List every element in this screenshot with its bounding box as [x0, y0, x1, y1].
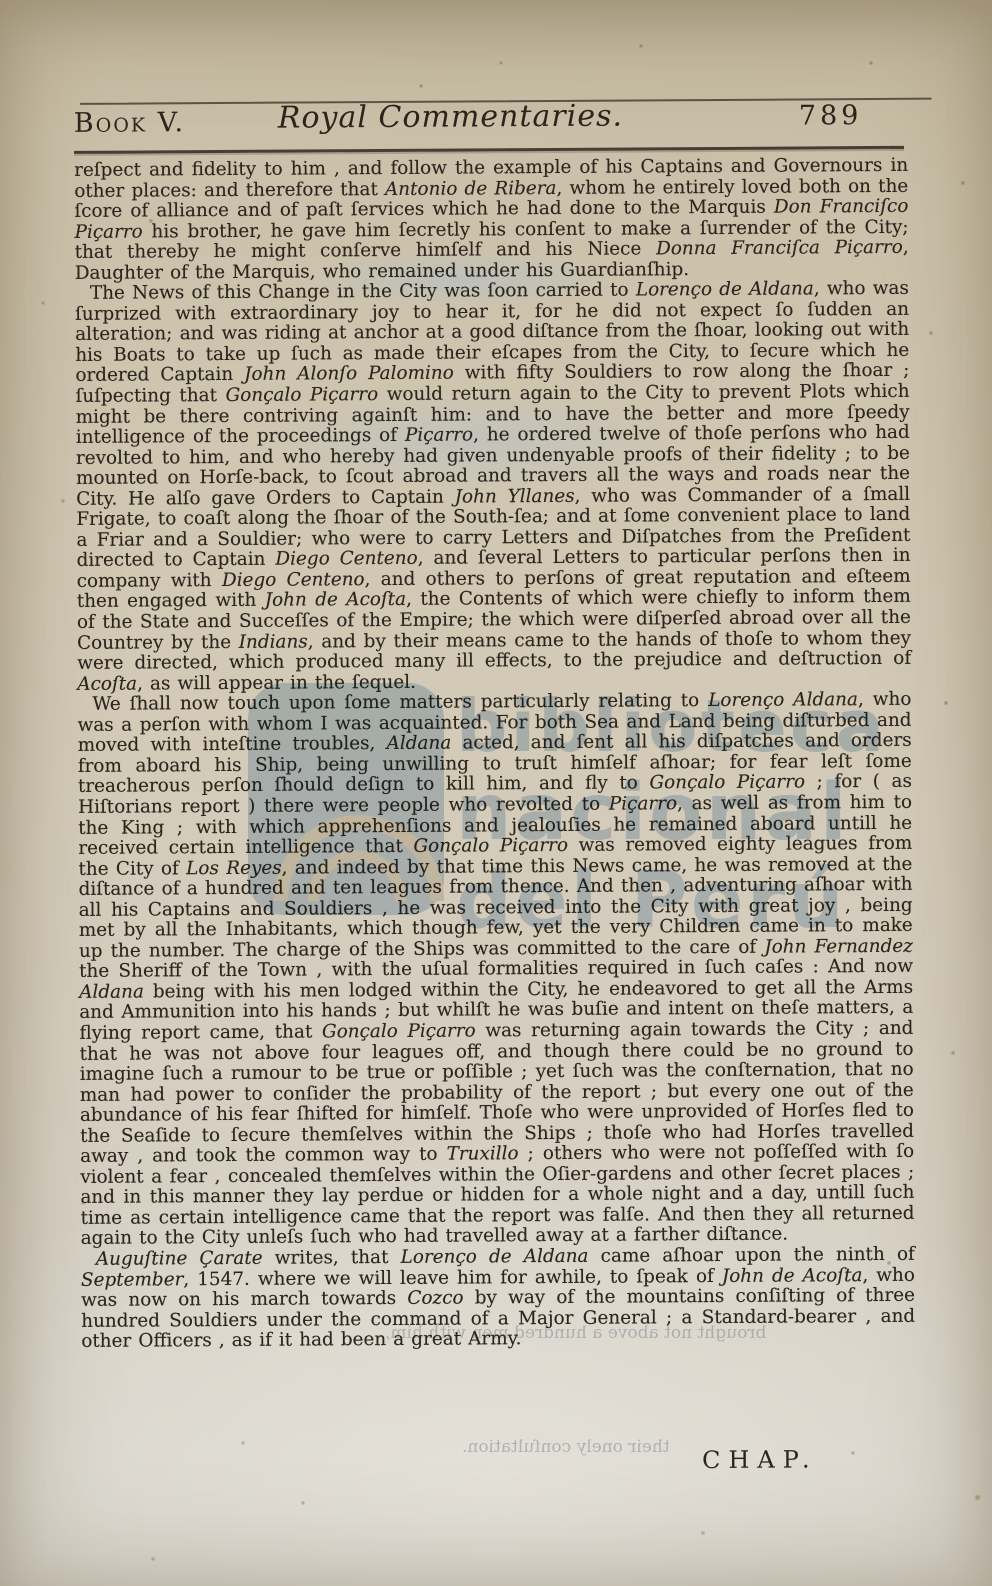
italic-name-text: Auguſtine Çarate: [96, 1248, 263, 1270]
body-text: reſpect and fidelity to him , and follow…: [74, 156, 915, 1353]
italic-name-text: John Yllanes: [455, 486, 575, 508]
paragraph-3: We ſhall now touch upon ſome matters par…: [77, 690, 914, 1250]
book-page-scan: brought not above a hundred men with him…: [0, 0, 992, 1586]
italic-name-text: Aldana: [386, 733, 451, 754]
italic-name-text: Acoſta: [77, 673, 137, 694]
book-label: Book V.: [74, 107, 185, 139]
italic-name-text: John Alonſo Palomino: [244, 363, 454, 385]
italic-name-text: Diego Centeno: [275, 548, 417, 570]
italic-name-text: Indians: [239, 631, 308, 652]
italic-name-text: John Fernandez: [764, 936, 913, 958]
italic-name-text: Gonçalo Piçarro: [322, 1020, 476, 1042]
body-run: writes, that: [263, 1247, 401, 1269]
italic-name-text: Piçarro: [609, 793, 677, 814]
italic-name-text: John de Acoſta: [722, 1265, 863, 1287]
page-content: Book V. Royal Commentaries. 789 reſpect …: [0, 0, 992, 1586]
foxing-spot: [974, 1494, 981, 1501]
header-bottom-rule: [74, 146, 904, 154]
italic-name-text: Gonçalo Piçarro: [225, 384, 378, 406]
catchword: CHAP.: [702, 1445, 818, 1474]
body-run: , as will appear in the ſequel.: [137, 671, 416, 694]
paragraph-4: Auguſtine Çarate writes, that Lorenço de…: [81, 1245, 916, 1353]
italic-name-text: Aldana: [79, 981, 144, 1002]
paragraph-1: reſpect and fidelity to him , and follow…: [74, 156, 909, 284]
italic-name-text: September: [81, 1269, 184, 1291]
paragraph-2: The News of this Change in the City was …: [75, 279, 911, 695]
italic-name-text: Lorenço de Aldana: [636, 279, 814, 301]
italic-name-text: Gonçalo Piçarro: [413, 835, 568, 857]
running-title: Royal Commentaries.: [278, 99, 623, 136]
italic-name-text: Cozco: [407, 1288, 463, 1309]
italic-name-text: Gonçalo Piçarro: [649, 772, 805, 794]
italic-name-text: Lorenço Aldana: [708, 689, 858, 711]
page-number: 789: [799, 100, 863, 131]
italic-name-text: Los Reyes: [186, 857, 282, 879]
italic-name-text: John de Acoſta: [265, 589, 407, 611]
italic-name-text: Diego Centeno: [222, 569, 365, 591]
body-run: came aſhoar upon the ninth of: [588, 1244, 914, 1267]
italic-name-text: Lorenço de Aldana: [401, 1246, 589, 1268]
italic-name-text: Antonio de Ribera: [385, 178, 557, 200]
italic-name-text: Piçarro: [405, 425, 473, 446]
italic-name-text: Truxillo: [446, 1143, 518, 1164]
italic-name-text: Donna Franciſca Piçarro: [656, 237, 903, 260]
